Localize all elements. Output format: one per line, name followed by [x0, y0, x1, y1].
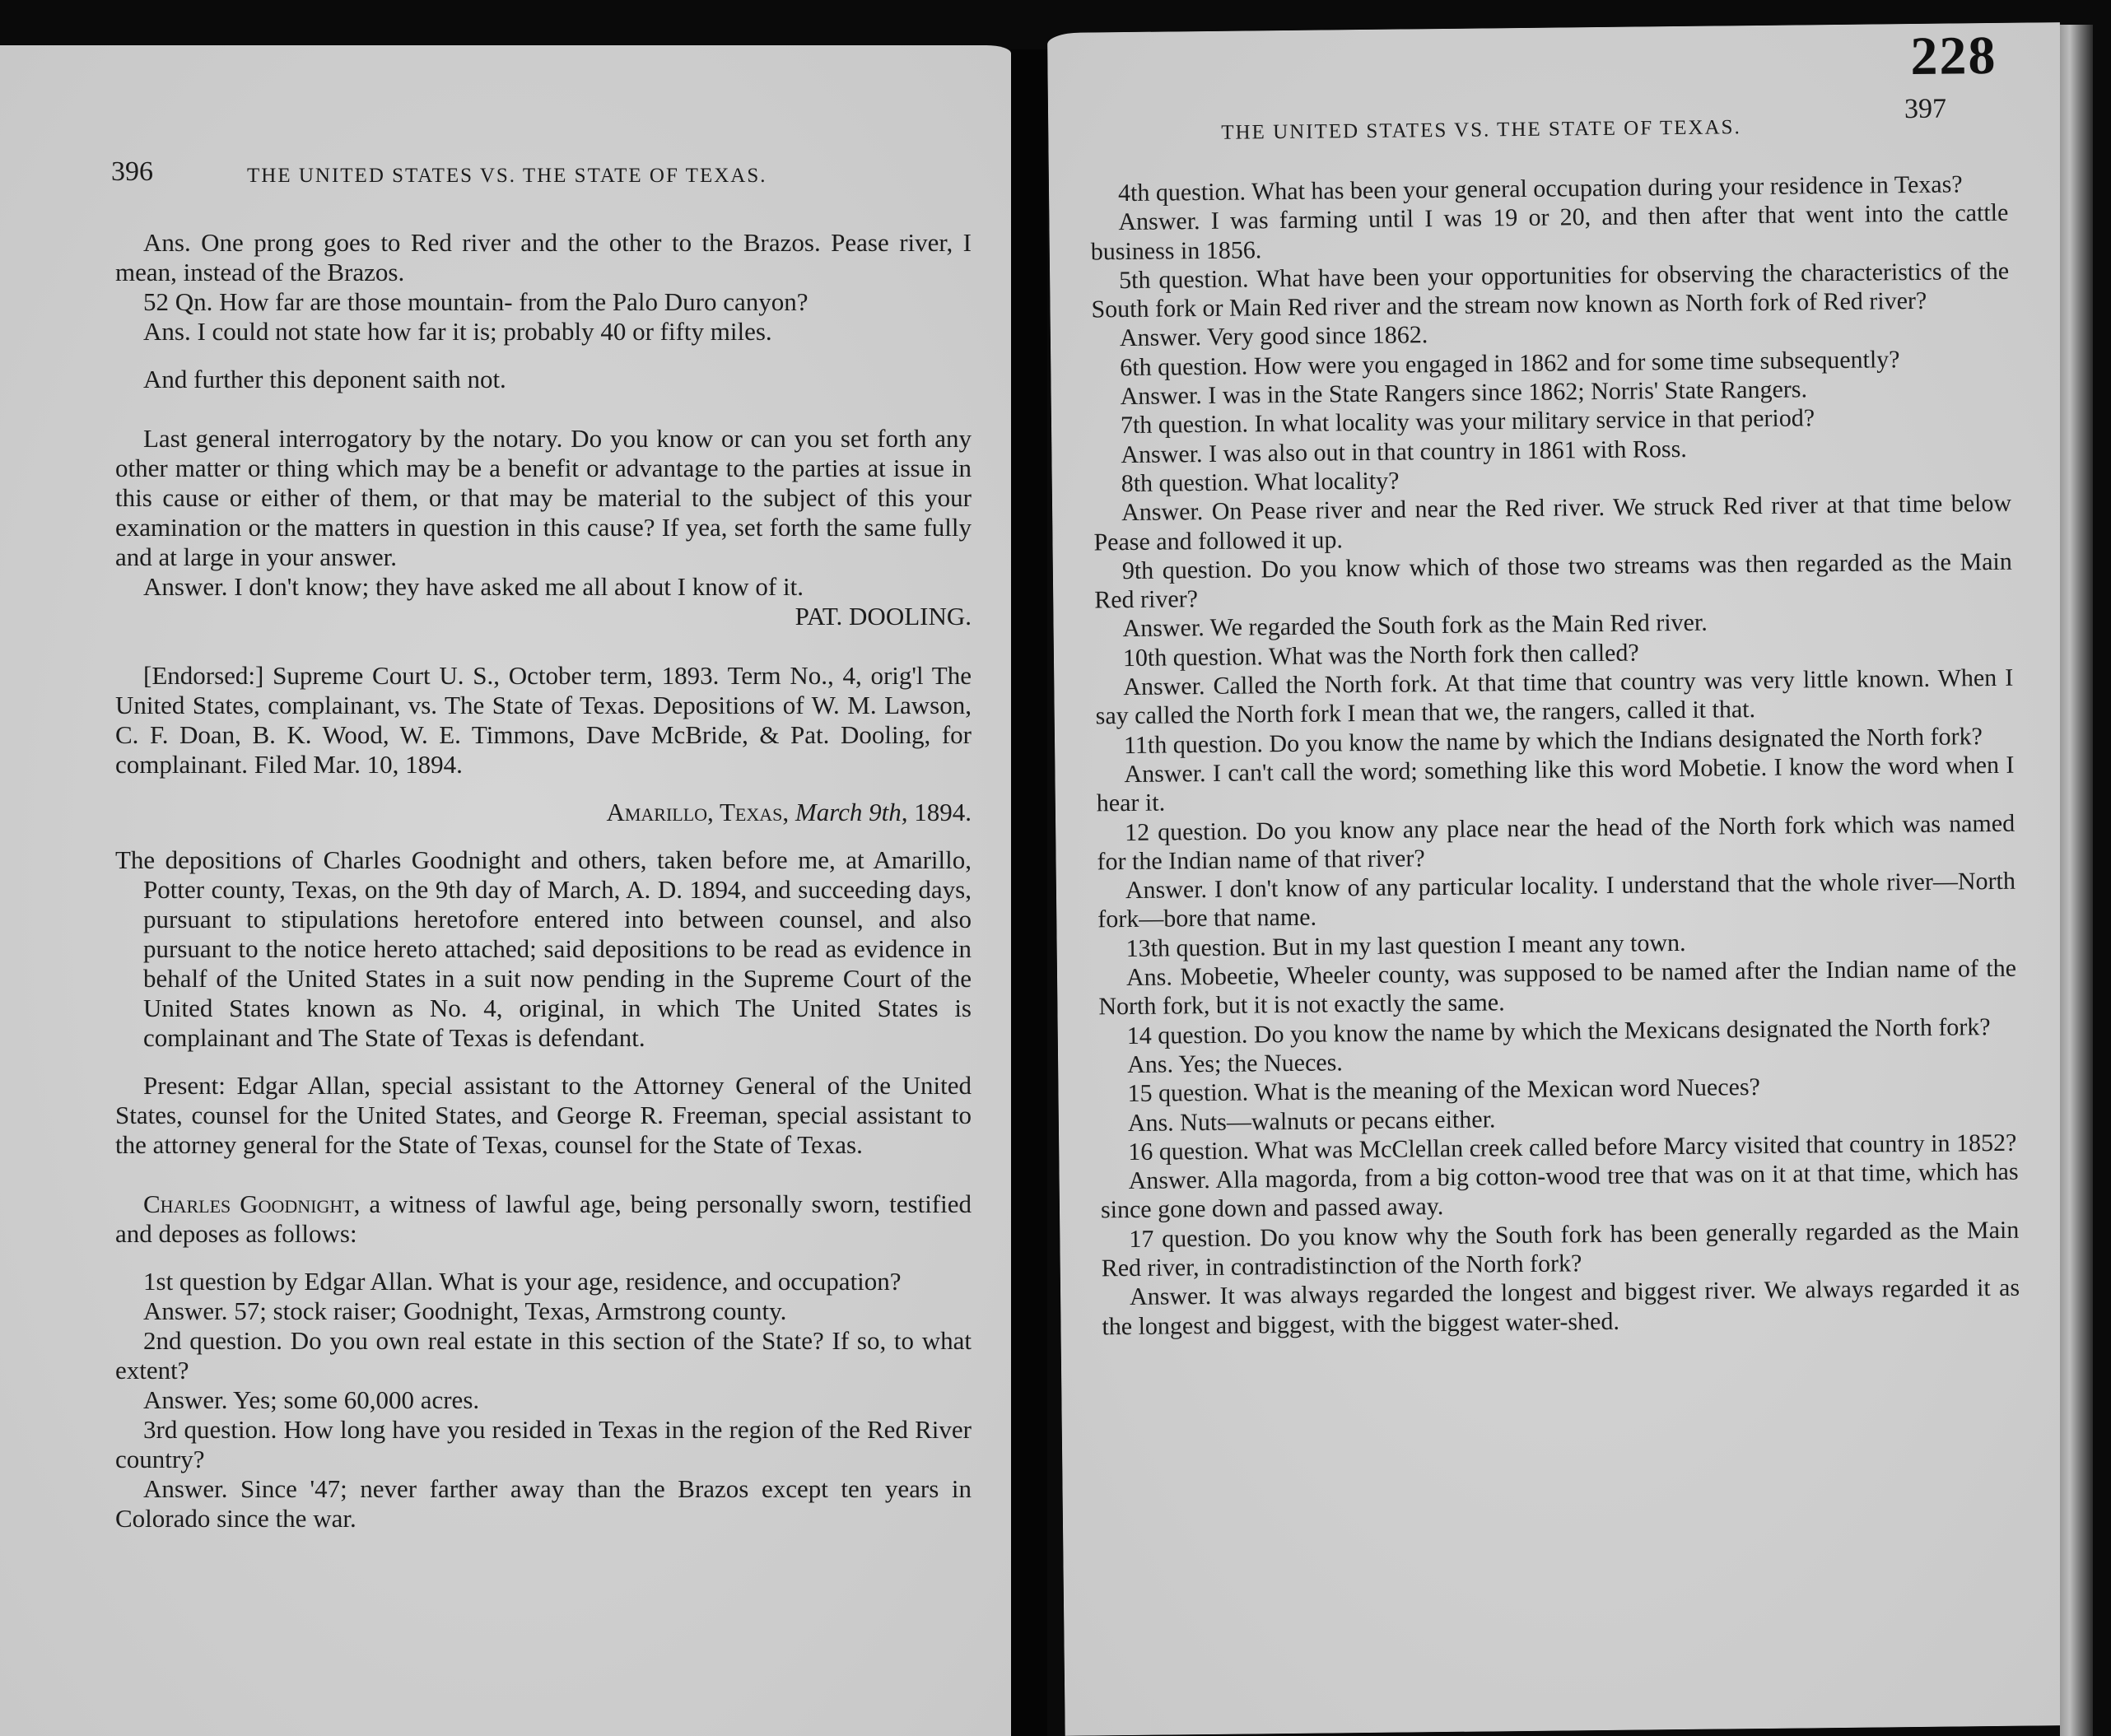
stamp-page-number: 228: [1910, 25, 1997, 88]
paragraph: Answer. Called the North fork. At that t…: [1095, 663, 2014, 731]
paragraph: 5th question. What have been your opport…: [1091, 257, 2010, 324]
page-edges: [2060, 25, 2093, 1736]
paragraph: Answer. On Pease river and near the Red …: [1093, 489, 2012, 556]
paragraph: Answer. Yes; some 60,000 acres.: [115, 1385, 972, 1415]
witness-name: Charles Goodnight,: [143, 1189, 360, 1218]
paragraph: And further this deponent saith not.: [115, 365, 972, 394]
dateline-date: March 9th,: [795, 798, 908, 826]
paragraph: Answer. I was farming until I was 19 or …: [1090, 198, 2009, 266]
right-page: 228 397 THE UNITED STATES VS. THE STATE …: [1047, 22, 2078, 1736]
left-page: 396 THE UNITED STATES VS. THE STATE OF T…: [0, 45, 1011, 1736]
paragraph: 17 question. Do you know why the South f…: [1101, 1215, 2020, 1282]
dateline-year: 1894.: [914, 798, 972, 826]
endorsement: [Endorsed:] Supreme Court U. S., October…: [115, 661, 972, 780]
right-page-number: 397: [1904, 94, 1946, 126]
paragraph: Last general interrogatory by the notary…: [115, 424, 972, 572]
left-running-head: THE UNITED STATES VS. THE STATE OF TEXAS…: [247, 165, 767, 188]
paragraph: Answer. Alla magorda, from a big cotton-…: [1100, 1157, 2019, 1225]
paragraph: Answer. I don't know of any particular l…: [1097, 867, 2016, 934]
paragraph: Present: Edgar Allan, special assistant …: [115, 1071, 972, 1160]
paragraph: 52 Qn. How far are those mountain- from …: [115, 287, 972, 317]
caption-paragraph: The depositions of Charles Goodnight and…: [115, 845, 972, 1053]
book-gutter: [1011, 49, 1047, 1736]
paragraph: 2nd question. Do you own real estate in …: [115, 1326, 972, 1385]
left-page-number: 396: [111, 156, 153, 188]
paragraph: Ans. I could not state how far it is; pr…: [115, 317, 972, 347]
dateline: Amarillo, Texas, March 9th, 1894.: [115, 798, 972, 827]
paragraph: 9th question. Do you know which of those…: [1094, 547, 2013, 615]
witness-intro: Charles Goodnight, a witness of lawful a…: [115, 1189, 972, 1249]
paragraph: Answer. It was always regarded the longe…: [1102, 1273, 2020, 1341]
paragraph: Answer. Since '47; never farther away th…: [115, 1474, 972, 1534]
signature: PAT. DOOLING.: [115, 602, 972, 631]
paragraph: 12 question. Do you know any place near …: [1097, 808, 2015, 876]
paragraph: Ans. Mobeetie, Wheeler county, was suppo…: [1098, 954, 2017, 1022]
right-running-head: THE UNITED STATES VS. THE STATE OF TEXAS…: [1221, 116, 1741, 145]
dateline-place: Amarillo, Texas,: [606, 798, 789, 826]
paragraph: Answer. I can't call the word; something…: [1096, 751, 2015, 818]
right-page-body: 4th question. What has been your general…: [1090, 170, 2020, 1341]
left-page-body: Ans. One prong goes to Red river and the…: [115, 228, 972, 1534]
paragraph: 3rd question. How long have you resided …: [115, 1415, 972, 1474]
paragraph: Answer. I don't know; they have asked me…: [115, 572, 972, 602]
paragraph: Answer. 57; stock raiser; Goodnight, Tex…: [115, 1296, 972, 1326]
paragraph: 1st question by Edgar Allan. What is you…: [115, 1267, 972, 1296]
paragraph: Ans. One prong goes to Red river and the…: [115, 228, 972, 287]
